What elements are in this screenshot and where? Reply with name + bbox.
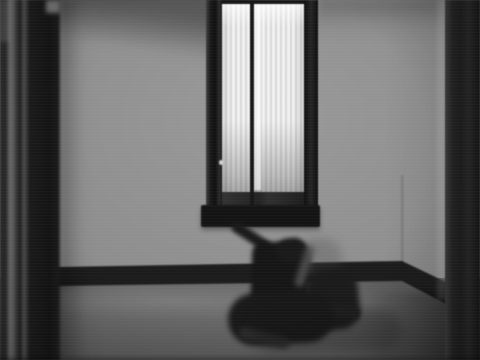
figure-part-ground-shadow xyxy=(252,310,402,352)
left-door-frame-top-light xyxy=(0,0,9,42)
film-frame xyxy=(0,0,480,360)
bottom-frame-edge xyxy=(0,354,480,360)
right-door-frame xyxy=(445,0,480,360)
left-door-frame-wall-shadow xyxy=(60,0,82,286)
left-door-frame xyxy=(0,0,62,360)
left-door-frame-top-notch xyxy=(46,0,61,13)
